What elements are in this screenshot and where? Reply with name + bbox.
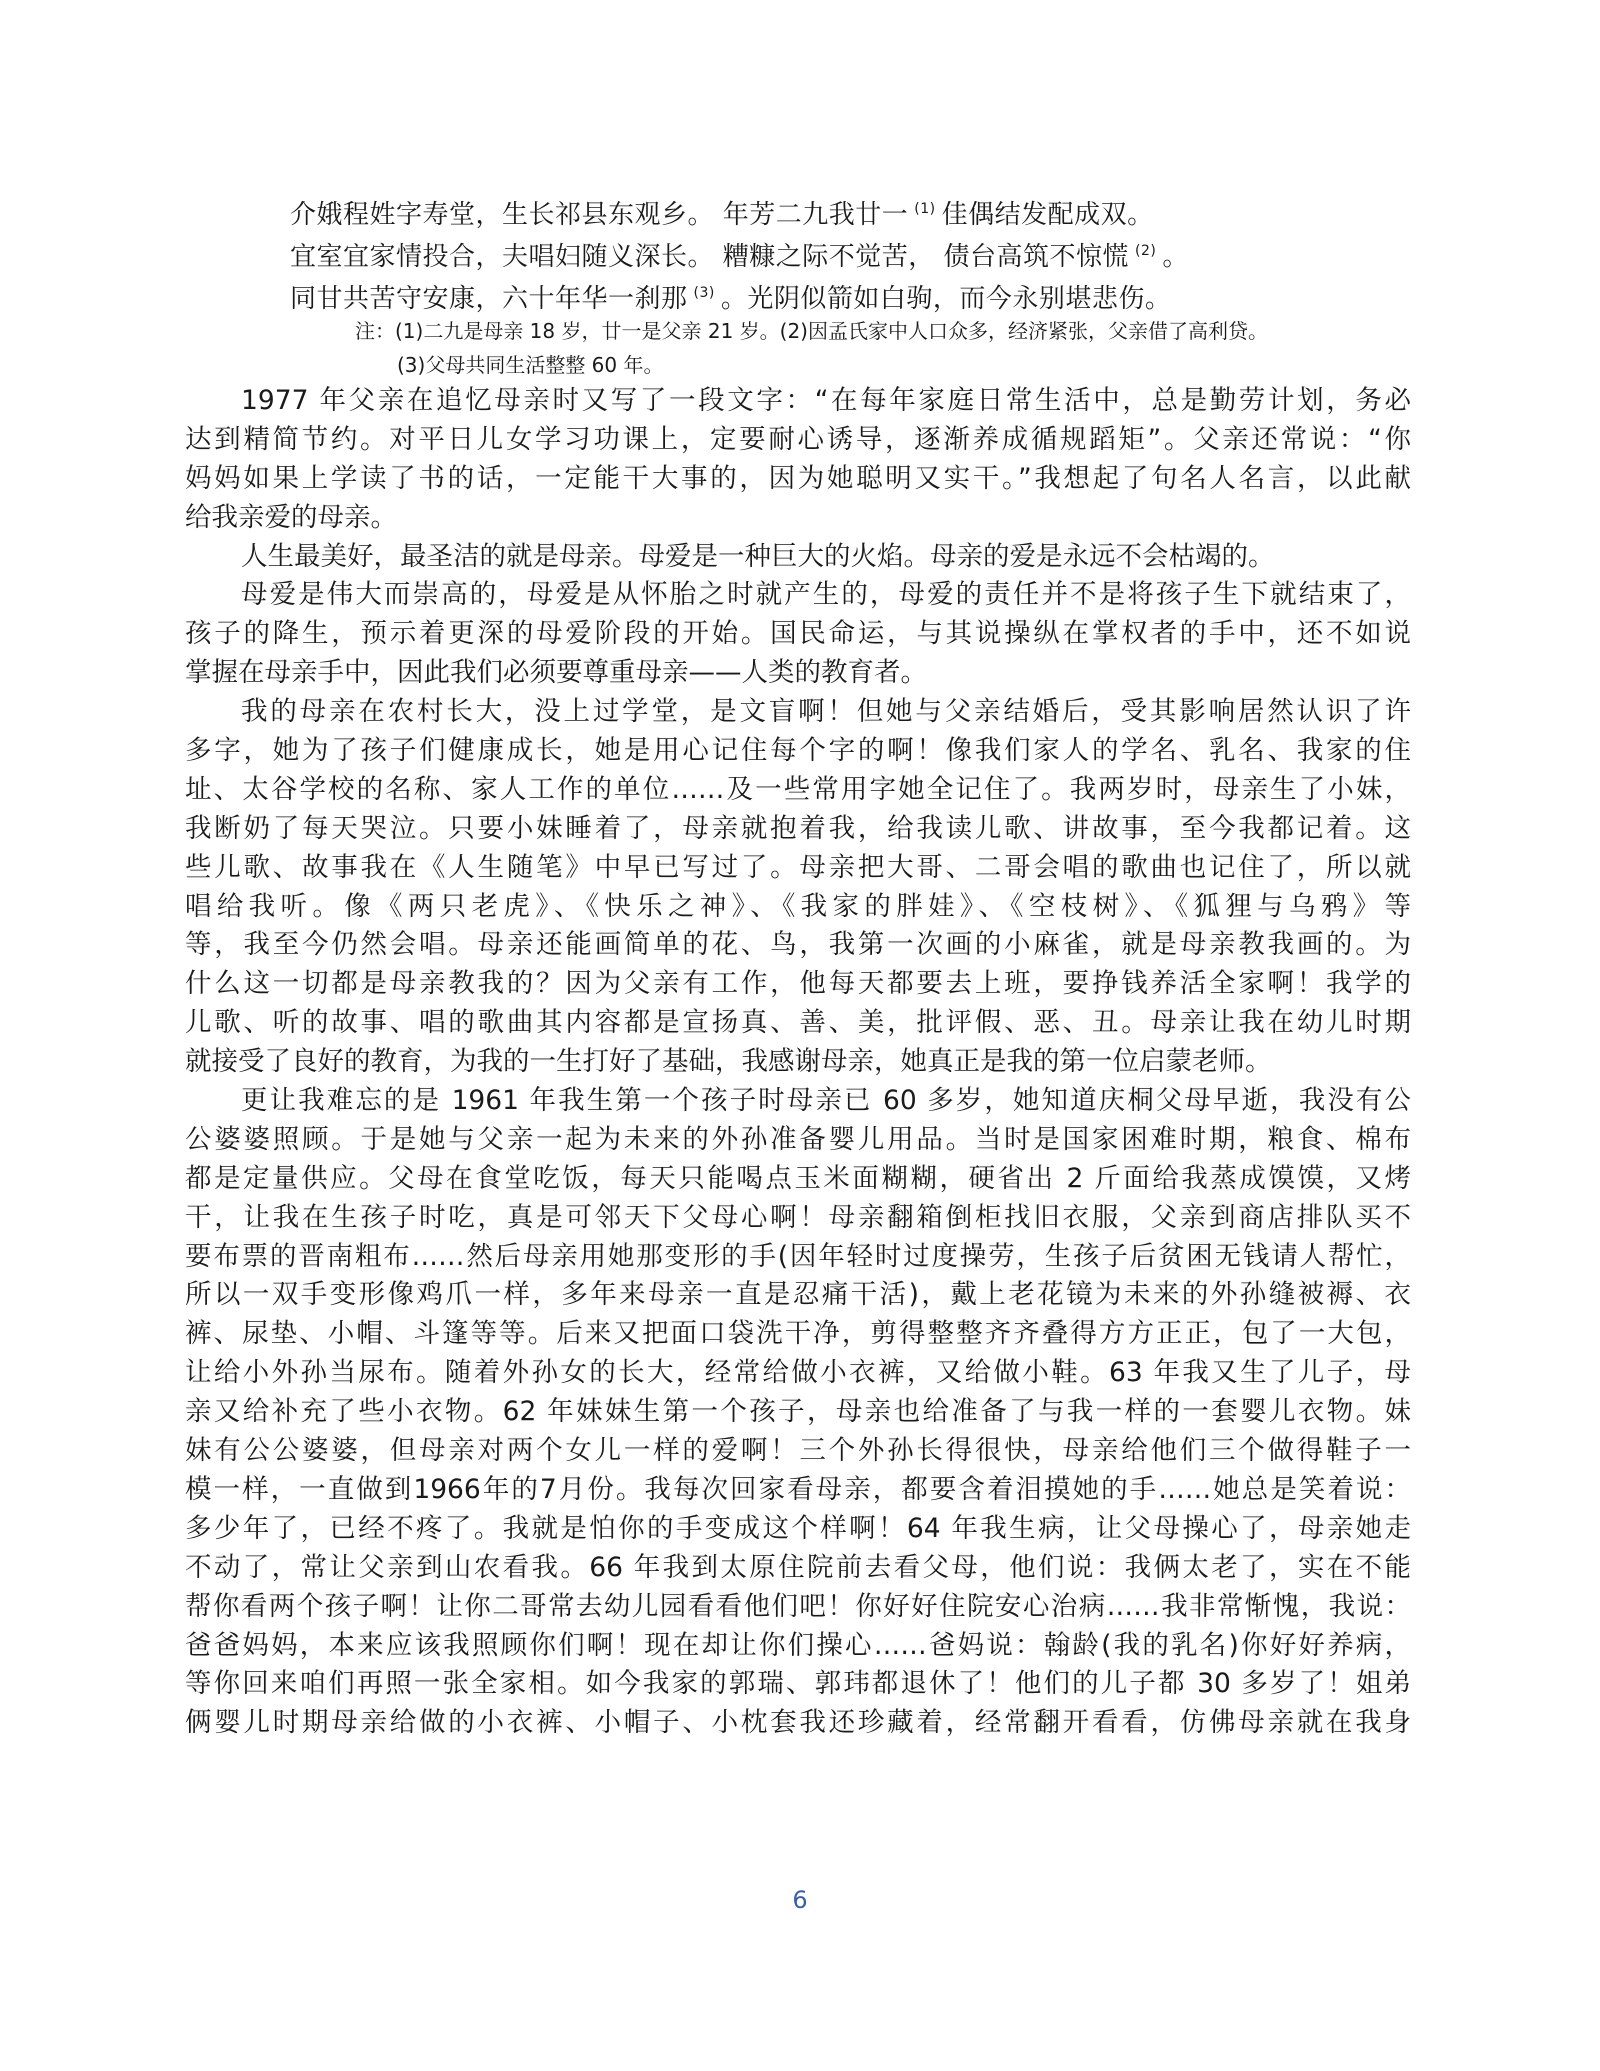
note-line: 注：(1)二九是母亲 18 岁，廿一是父亲 21 岁。(2)因孟氏家中人口众多，… <box>355 314 1405 348</box>
verse-line: 同甘共苦守安康，六十年华一刹那(3)。光阴似箭如白驹，而今永别堪悲伤。 <box>290 272 1390 314</box>
body-line: 裤、尿垫、小帽、斗篷等等。后来又把面口袋洗干净，剪得整整齐齐叠得方方正正，包了一… <box>185 1315 1411 1354</box>
body-line: 就接受了良好的教育，为我的一生打好了基础，我感谢母亲，她真正是我的第一位启蒙老师… <box>185 1043 1411 1082</box>
footnote-marker: (3) <box>694 285 715 301</box>
body-line: 孩子的降生，预示着更深的母爱阶段的开始。国民命运，与其说操纵在掌权者的手中，还不… <box>185 615 1411 654</box>
verse-text: 宜室宜家情投合，夫唱妇随义深长。 糟糠之际不觉苦， 债台高筑不惊慌 <box>290 242 1129 272</box>
body-line: 1977 年父亲在追忆母亲时又写了一段文字：“在每年家庭日常生活中，总是勤劳计划… <box>185 382 1411 421</box>
verse-text: 佳偶结发配成双。 <box>942 200 1154 230</box>
footnote-marker: (2) <box>1135 243 1156 259</box>
body-line: 不动了，常让父亲到山农看我。66 年我到太原住院前去看父母，他们说：我俩太老了，… <box>185 1549 1411 1588</box>
body-line: 人生最美好，最圣洁的就是母亲。母爱是一种巨大的火焰。母亲的爱是永远不会枯竭的。 <box>185 538 1411 577</box>
body-line: 让给小外孙当尿布。随着外孙女的长大，经常给做小衣裤，又给做小鞋。63 年我又生了… <box>185 1354 1411 1393</box>
verse-text: 同甘共苦守安康，六十年华一刹那 <box>290 284 688 314</box>
body-line: 些儿歌、故事我在《人生随笔》中早已写过了。母亲把大哥、二哥会唱的歌曲也记住了，所… <box>185 849 1411 888</box>
body-line: 唱给我听。像《两只老虎》、《快乐之神》、《我家的胖娃》、《空枝树》、《狐狸与乌鸦… <box>185 888 1411 927</box>
body-line: 我的母亲在农村长大，没上过学堂，是文盲啊！但她与父亲结婚后，受其影响居然认识了许 <box>185 693 1411 732</box>
body-text: 1977 年父亲在追忆母亲时又写了一段文字：“在每年家庭日常生活中，总是勤劳计划… <box>185 382 1411 1743</box>
body-line: 掌握在母亲手中，因此我们必须要尊重母亲——人类的教育者。 <box>185 654 1411 693</box>
body-line: 所以一双手变形像鸡爪一样，多年来母亲一直是忍痛干活)，戴上老花镜为未来的外孙缝被… <box>185 1276 1411 1315</box>
verse-line: 宜室宜家情投合，夫唱妇随义深长。 糟糠之际不觉苦， 债台高筑不惊慌(2)。 <box>290 230 1390 272</box>
body-line: 我断奶了每天哭泣。只要小妹睡着了，母亲就抱着我，给我读儿歌、讲故事，至今我都记着… <box>185 810 1411 849</box>
verse-text: 介娥程姓字寿堂，生长祁县东观乡。 年芳二九我廿一 <box>290 200 908 230</box>
note-line: (3)父母共同生活整整 60 年。 <box>355 348 1405 382</box>
body-line: 多字，她为了孩子们健康成长，她是用心记住每个字的啊！像我们家人的学名、乳名、我家… <box>185 732 1411 771</box>
body-line: 更让我难忘的是 1961 年我生第一个孩子时母亲已 60 多岁，她知道庆桐父母早… <box>185 1082 1411 1121</box>
body-line: 都是定量供应。父母在食堂吃饭，每天只能喝点玉米面糊糊，硬省出 2 斤面给我蒸成馍… <box>185 1160 1411 1199</box>
body-line: 妈妈如果上学读了书的话，一定能干大事的，因为她聪明又实干。”我想起了句名人名言，… <box>185 460 1411 499</box>
document-page: 介娥程姓字寿堂，生长祁县东观乡。 年芳二九我廿一(1)佳偶结发配成双。 宜室宜家… <box>0 0 1600 2071</box>
body-line: 等，我至今仍然会唱。母亲还能画简单的花、鸟，我第一次画的小麻雀，就是母亲教我画的… <box>185 926 1411 965</box>
body-line: 给我亲爱的母亲。 <box>185 499 1411 538</box>
verse-text: 。光阴似箭如白驹，而今永别堪悲伤。 <box>721 284 1172 314</box>
verse-line: 介娥程姓字寿堂，生长祁县东观乡。 年芳二九我廿一(1)佳偶结发配成双。 <box>290 188 1390 230</box>
body-line: 多少年了，已经不疼了。我就是怕你的手变成这个样啊！64 年我生病，让父母操心了，… <box>185 1510 1411 1549</box>
body-line: 干，让我在生孩子时吃，真是可邻天下父母心啊！母亲翻箱倒柜找旧衣服，父亲到商店排队… <box>185 1199 1411 1238</box>
memorial-verse: 介娥程姓字寿堂，生长祁县东观乡。 年芳二九我廿一(1)佳偶结发配成双。 宜室宜家… <box>290 188 1390 314</box>
footnote-marker: (1) <box>914 201 935 217</box>
body-line: 母爱是伟大而崇高的，母爱是从怀胎之时就产生的，母爱的责任并不是将孩子生下就结束了… <box>185 576 1411 615</box>
body-line: 亲又给补充了些小衣物。62 年妹妹生第一个孩子，母亲也给准备了与我一样的一套婴儿… <box>185 1393 1411 1432</box>
body-line: 等你回来咱们再照一张全家相。如今我家的郭瑞、郭玮都退休了！他们的儿子都 30 多… <box>185 1665 1411 1704</box>
body-line: 什么这一切都是母亲教我的？因为父亲有工作，他每天都要去上班，要挣钱养活全家啊！我… <box>185 965 1411 1004</box>
page-number: 6 <box>0 1886 1600 1914</box>
body-line: 达到精简节约。对平日儿女学习功课上，定要耐心诱导，逐渐养成循规蹈矩”。父亲还常说… <box>185 421 1411 460</box>
verse-notes: 注：(1)二九是母亲 18 岁，廿一是父亲 21 岁。(2)因孟氏家中人口众多，… <box>355 314 1405 382</box>
body-line: 儿歌、听的故事、唱的歌曲其内容都是宣扬真、善、美，批评假、恶、丑。母亲让我在幼儿… <box>185 1004 1411 1043</box>
body-line: 妹有公公婆婆，但母亲对两个女儿一样的爱啊！三个外孙长得很快，母亲给他们三个做得鞋… <box>185 1432 1411 1471</box>
verse-text: 。 <box>1162 242 1189 272</box>
body-line: 俩婴儿时期母亲给做的小衣裤、小帽子、小枕套我还珍藏着，经常翻开看看，仿佛母亲就在… <box>185 1704 1411 1743</box>
body-line: 帮你看两个孩子啊！让你二哥常去幼儿园看看他们吧！你好好住院安心治病……我非常惭愧… <box>185 1588 1411 1627</box>
body-line: 模一样，一直做到1966年的7月份。我每次回家看母亲，都要含着泪摸她的手……她总… <box>185 1471 1411 1510</box>
body-line: 址、太谷学校的名称、家人工作的单位……及一些常用字她全记住了。我两岁时，母亲生了… <box>185 771 1411 810</box>
body-line: 公婆婆照顾。于是她与父亲一起为未来的外孙准备婴儿用品。当时是国家困难时期，粮食、… <box>185 1121 1411 1160</box>
body-line: 爸爸妈妈，本来应该我照顾你们啊！现在却让你们操心……爸妈说：翰龄(我的乳名)你好… <box>185 1627 1411 1666</box>
body-line: 要布票的晋南粗布……然后母亲用她那变形的手(因年轻时过度操劳，生孩子后贫困无钱请… <box>185 1238 1411 1277</box>
